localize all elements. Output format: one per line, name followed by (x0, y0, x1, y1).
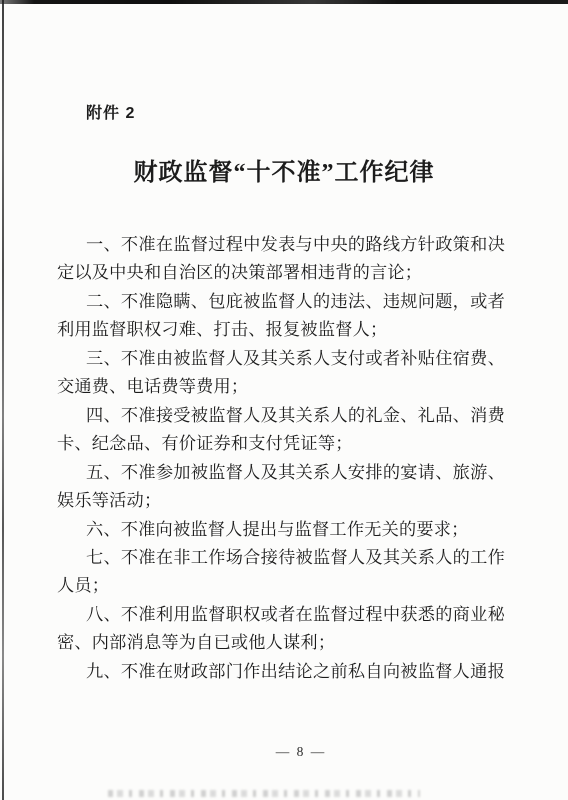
document-line: 五、不准参加被监督人及其关系人安排的宴请、旅游、 (57, 459, 505, 487)
scan-artifact-left-line (2, 0, 4, 800)
page-number: — 8 — (17, 744, 568, 760)
document-line: 一、不准在监督过程中发表与中央的路线方针政策和决 (57, 231, 505, 259)
document-line: 娱乐等活动； (57, 487, 505, 515)
scan-artifact-top-band (0, 0, 568, 4)
document-body: 一、不准在监督过程中发表与中央的路线方针政策和决定以及中央和自治区的决策部署相违… (57, 231, 505, 686)
document-line: 七、不准在非工作场合接待被监督人及其关系人的工作 (57, 544, 505, 572)
scan-ghosting-artifact (108, 790, 420, 797)
document-line: 二、不准隐瞒、包庇被监督人的违法、违规问题，或者 (57, 288, 505, 316)
attachment-label: 附件 2 (86, 104, 135, 123)
document-line: 四、不准接受被监督人及其关系人的礼金、礼品、消费 (57, 402, 505, 430)
document-line: 密、内部消息等为自已或他人谋利； (57, 629, 505, 657)
document-title: 财政监督“十不准”工作纪律 (0, 158, 568, 188)
document-line: 六、不准向被监督人提出与监督工作无关的要求； (57, 516, 505, 544)
document-line: 九、不准在财政部门作出结论之前私自向被监督人通报 (57, 658, 505, 686)
scanned-page: 附件 2 财政监督“十不准”工作纪律 一、不准在监督过程中发表与中央的路线方针政… (0, 0, 568, 800)
document-line: 卡、纪念品、有价证券和支付凭证等； (57, 430, 505, 458)
document-line: 人员； (57, 572, 505, 600)
document-line: 定以及中央和自治区的决策部署相违背的言论； (57, 259, 505, 287)
document-line: 利用监督职权刁难、打击、报复被监督人； (57, 316, 505, 344)
document-line: 八、不准利用监督职权或者在监督过程中获悉的商业秘 (57, 601, 505, 629)
document-line: 交通费、电话费等费用； (57, 373, 505, 401)
document-line: 三、不准由被监督人及其关系人支付或者补贴住宿费、 (57, 345, 505, 373)
